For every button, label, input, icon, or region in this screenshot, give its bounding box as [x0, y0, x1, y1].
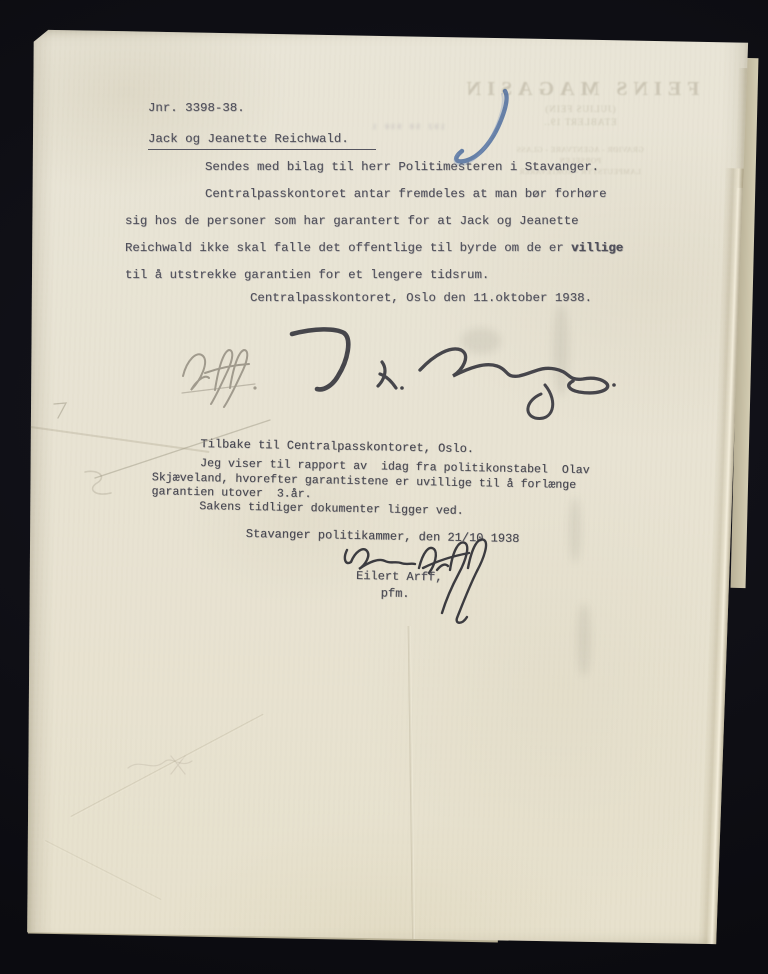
typed-signature-name: Eilert Arff, — [356, 569, 443, 585]
typed-line: Sakens tidliger dokumenter ligger ved. — [199, 500, 464, 519]
typed-signature-title: pfm. — [381, 586, 410, 601]
stavanger-note-block: Tilbake til Centralpasskontoret, Oslo. J… — [16, 25, 759, 956]
typed-line: garantien utover 3.år. — [151, 485, 311, 502]
archival-scan-canvas: FEINS MAGASIN (JULIUS FEIN) ETABLERT 19.… — [0, 0, 768, 974]
typed-line: Tilbake til Centralpasskontoret, Oslo. — [200, 437, 474, 456]
dateline-stavanger: Stavanger politikammer, den 21/10 1938 — [246, 527, 520, 546]
scanned-letter-page: FEINS MAGASIN (JULIUS FEIN) ETABLERT 19.… — [25, 28, 751, 946]
